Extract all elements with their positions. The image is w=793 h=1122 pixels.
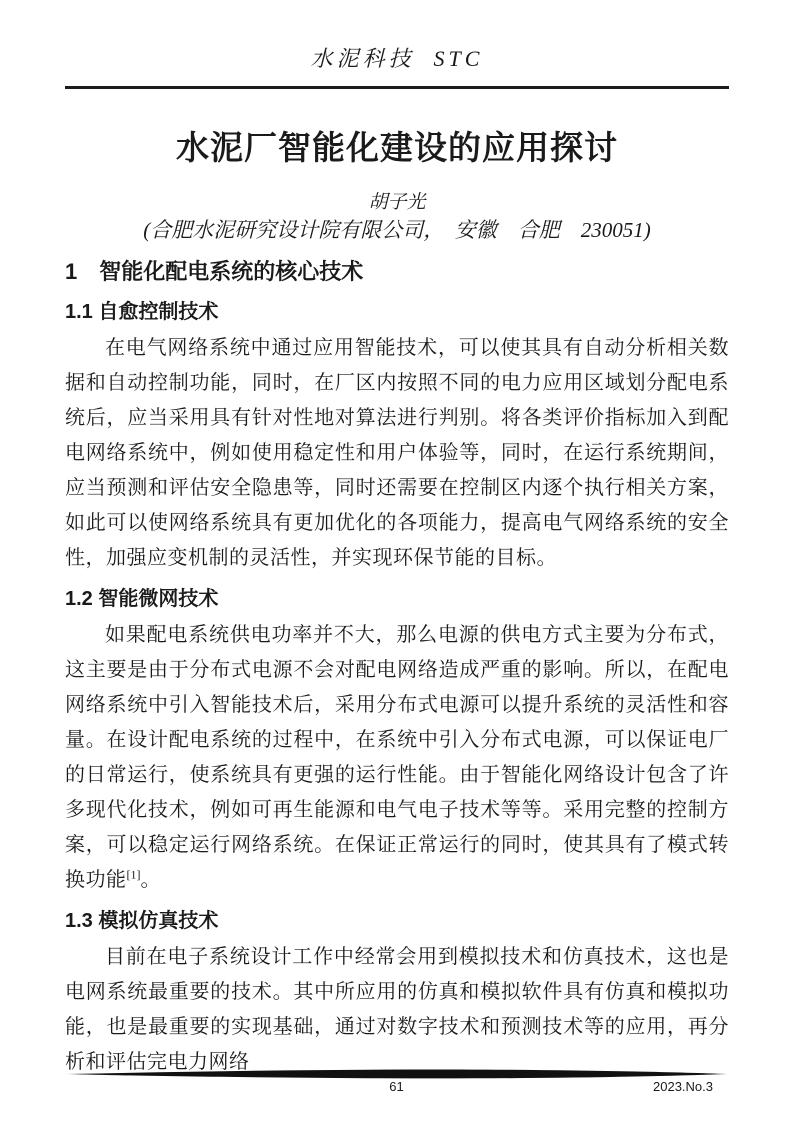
citation-ref-1: [1] (127, 867, 141, 881)
header-rule (65, 86, 729, 89)
article-title: 水泥厂智能化建设的应用探讨 (65, 126, 729, 170)
section-heading-1: 1 智能化配电系统的核心技术 (65, 257, 729, 287)
issue-number: 2023.No.3 (653, 1077, 713, 1097)
author-name: 胡子光 (65, 190, 729, 216)
footer-text-row: 61 2023.No.3 (0, 1077, 793, 1097)
document-page: 水泥科技 STC 水泥厂智能化建设的应用探讨 胡子光 (合肥水泥研究设计院有限公… (0, 0, 793, 1122)
paragraph-smart-microgrid-end: 。 (141, 869, 162, 891)
author-affiliation: (合肥水泥研究设计院有限公司， 安徽 合肥 230051) (65, 216, 729, 244)
page-footer: 61 2023.No.3 (0, 1051, 793, 1122)
paragraph-smart-microgrid: 如果配电系统供电功率并不大，那么电源的供电方式主要为分布式，这主要是由于分布式电… (65, 618, 729, 898)
journal-name: 水泥科技 STC (65, 44, 729, 74)
subsection-heading-1-1: 1.1 自愈控制技术 (65, 298, 729, 326)
subsection-heading-1-2: 1.2 智能微网技术 (65, 585, 729, 613)
page-content: 水泥科技 STC 水泥厂智能化建设的应用探讨 胡子光 (合肥水泥研究设计院有限公… (0, 44, 793, 1080)
subsection-heading-1-3: 1.3 模拟仿真技术 (65, 907, 729, 935)
paragraph-smart-microgrid-text: 如果配电系统供电功率并不大，那么电源的供电方式主要为分布式，这主要是由于分布式电… (65, 624, 729, 891)
paragraph-self-healing-control: 在电气网络系统中通过应用智能技术，可以使其具有自动分析相关数据和自动控制功能，同… (65, 331, 729, 576)
